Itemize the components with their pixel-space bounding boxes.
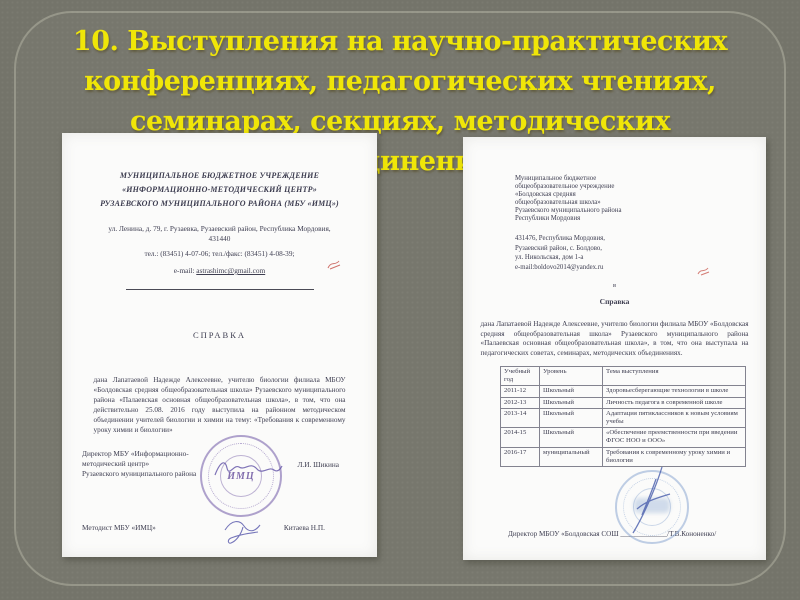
title-line-1: 10. Выступления на научно-практических	[28, 22, 772, 62]
page-mark: в	[463, 282, 766, 289]
cell-level: Школьный	[540, 397, 603, 408]
document-body-text: дана Лапатаевой Надежде Алексеевне, учит…	[481, 320, 749, 358]
table-row: 2014-15 Школьный «Обеспечение преемствен…	[501, 428, 746, 447]
org-address: 431476, Республика Мордовия, Рузаевский …	[515, 234, 766, 272]
header-year: Учебный год	[501, 367, 540, 386]
table-row: 2016-17 муниципальный Требования к совре…	[501, 447, 746, 466]
org-line: общеобразовательное учреждение	[515, 183, 766, 191]
red-pen-mark	[326, 259, 344, 271]
cell-topic: Здоровьесберегающие технологии в школе	[603, 386, 746, 397]
org-line: Муниципальное бюджетное	[515, 175, 766, 183]
table-row: 2011-12 Школьный Здоровьесберегающие тех…	[501, 386, 746, 397]
cell-level: муниципальный	[540, 447, 603, 466]
title-line-2: конференциях, педагогических чтениях,	[28, 62, 772, 102]
address-line: Рузаевский район, с. Болдово,	[515, 244, 766, 254]
document-heading: СПРАВКА	[62, 330, 377, 341]
org-address: ул. Ленина, д. 79, г. Рузаевка, Рузаевск…	[62, 224, 377, 244]
methodist-name: Китаева Н.П.	[284, 523, 325, 532]
header-topic: Тема выступления	[603, 367, 746, 386]
org-phone: тел.: (83451) 4-07-06; тел./факс: (83451…	[62, 249, 377, 259]
org-line: МУНИЦИПАЛЬНОЕ БЮДЖЕТНОЕ УЧРЕЖДЕНИЕ	[62, 169, 377, 183]
address-line: 431476, Республика Мордовия,	[515, 234, 766, 244]
org-line: «Болдовская средняя	[515, 191, 766, 199]
cell-topic: Адаптация пятиклассников к новым условия…	[603, 408, 746, 427]
cell-year: 2012-13	[501, 397, 540, 408]
org-line: Рузаевского муниципального района	[515, 207, 766, 215]
cell-year: 2013-14	[501, 408, 540, 427]
table-header-row: Учебный год Уровень Тема выступления	[501, 367, 746, 386]
director-title: Директор МБОУ «Болдовская СОШ	[508, 530, 620, 538]
table-row: 2012-13 Школьный Личность педагога в сов…	[501, 397, 746, 408]
cell-topic: Требования к современному уроку химии и …	[603, 447, 746, 466]
email-address: astrashimc@gmail.com	[196, 266, 265, 275]
cell-level: Школьный	[540, 408, 603, 427]
cell-year: 2016-17	[501, 447, 540, 466]
director-name: Л.И. Шикина	[297, 460, 339, 469]
org-header: МУНИЦИПАЛЬНОЕ БЮДЖЕТНОЕ УЧРЕЖДЕНИЕ «ИНФО…	[62, 169, 377, 211]
divider-line	[126, 289, 314, 290]
methodist-signature-ink	[222, 517, 270, 545]
director-signature-ink	[212, 458, 284, 482]
header-level: Уровень	[540, 367, 603, 386]
address-line: ул. Ленина, д. 79, г. Рузаевка, Рузаевск…	[62, 224, 377, 234]
scanned-document-school-spravka: Муниципальное бюджетное общеобразователь…	[463, 137, 766, 560]
cell-topic: «Обеспечение преемственности при введени…	[603, 428, 746, 447]
table-row: 2013-14 Школьный Адаптация пятикласснико…	[501, 408, 746, 427]
presentation-slide: 10. Выступления на научно-практических к…	[0, 0, 800, 600]
cell-level: Школьный	[540, 386, 603, 397]
cell-year: 2011-12	[501, 386, 540, 397]
document-heading: Справка	[463, 297, 766, 306]
methodist-title: Методист МБУ «ИМЦ»	[82, 523, 156, 532]
director-signature-ink	[626, 465, 674, 535]
org-line: Республики Мордовия	[515, 215, 766, 223]
cell-level: Школьный	[540, 428, 603, 447]
scanned-document-imc-spravka: МУНИЦИПАЛЬНОЕ БЮДЖЕТНОЕ УЧРЕЖДЕНИЕ «ИНФО…	[62, 133, 377, 557]
org-line: «ИНФОРМАЦИОННО-МЕТОДИЧЕСКИЙ ЦЕНТР»	[62, 183, 377, 197]
org-line: общеобразовательная школа»	[515, 199, 766, 207]
address-line: e-mail:boldovo2014@yandex.ru	[515, 263, 766, 273]
org-line: РУЗАЕВСКОГО МУНИЦИПАЛЬНОГО РАЙОНА (МБУ «…	[62, 197, 377, 211]
red-pen-mark	[696, 265, 712, 277]
presentations-table: Учебный год Уровень Тема выступления 201…	[500, 366, 746, 467]
org-header: Муниципальное бюджетное общеобразователь…	[515, 175, 766, 223]
cell-topic: Личность педагога в современной школе	[603, 397, 746, 408]
address-line: ул. Никольская, дом 1-а	[515, 253, 766, 263]
email-label: e-mail:	[174, 266, 197, 275]
document-body-text: дана Лапатаевой Надежде Алексеевне, учит…	[94, 375, 346, 435]
cell-year: 2014-15	[501, 428, 540, 447]
address-line: 431440	[62, 234, 377, 244]
